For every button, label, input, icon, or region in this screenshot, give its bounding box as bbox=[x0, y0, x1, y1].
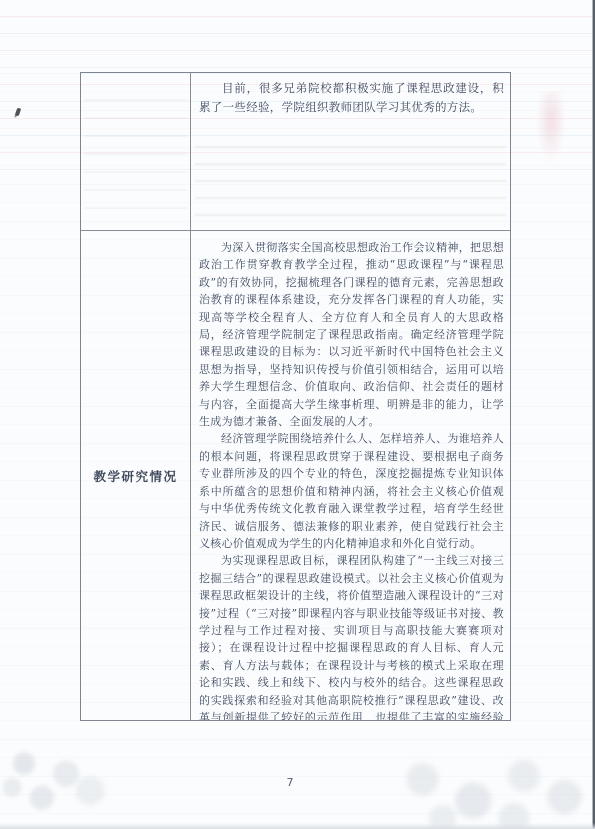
info-table: 目前，很多兄弟院校都积极实施了课程思政建设，积累了一些经验，学院组织教师团队学习… bbox=[80, 72, 511, 721]
watermark-smudge-right bbox=[392, 758, 595, 829]
row1-content-cell: 目前，很多兄弟院校都积极实施了课程思政建设，积累了一些经验，学院组织教师团队学习… bbox=[191, 73, 510, 231]
bleed-through-lines bbox=[84, 83, 187, 220]
paragraph-1: 为深入贯彻落实全国高校思想政治工作会议精神，把思想政治工作贯穿教育教学全过程，推… bbox=[199, 239, 504, 430]
row1-label-cell bbox=[81, 73, 191, 231]
paragraph-2: 经济管理学院围绕培养什么人、怎样培养人、为谁培养人的根本问题，将课程思政贯穿于课… bbox=[199, 430, 504, 552]
watermark-smudge-left bbox=[0, 750, 120, 818]
scan-edge-shadow-right bbox=[591, 0, 595, 829]
pink-scan-smudge bbox=[536, 92, 566, 162]
row2-label-cell: 教学研究情况 bbox=[81, 231, 191, 720]
scan-edge-shadow-bottom bbox=[0, 823, 595, 829]
bleed-through-lines bbox=[195, 131, 506, 224]
page-number: 7 bbox=[278, 776, 302, 789]
row1-paragraph: 目前，很多兄弟院校都积极实施了课程思政建设，积累了一些经验，学院组织教师团队学习… bbox=[199, 79, 504, 117]
ink-speck-mark bbox=[15, 108, 21, 117]
scanned-document-page: 目前，很多兄弟院校都积极实施了课程思政建设，积累了一些经验，学院组织教师团队学习… bbox=[0, 0, 595, 829]
row2-content-cell: 为深入贯彻落实全国高校思想政治工作会议精神，把思想政治工作贯穿教育教学全过程，推… bbox=[191, 231, 510, 720]
teaching-research-label: 教学研究情况 bbox=[93, 467, 177, 485]
paragraph-3: 为实现课程思政目标，课程团队构建了“一主线三对接三挖掘三结合”的课程思政建设模式… bbox=[199, 552, 504, 720]
